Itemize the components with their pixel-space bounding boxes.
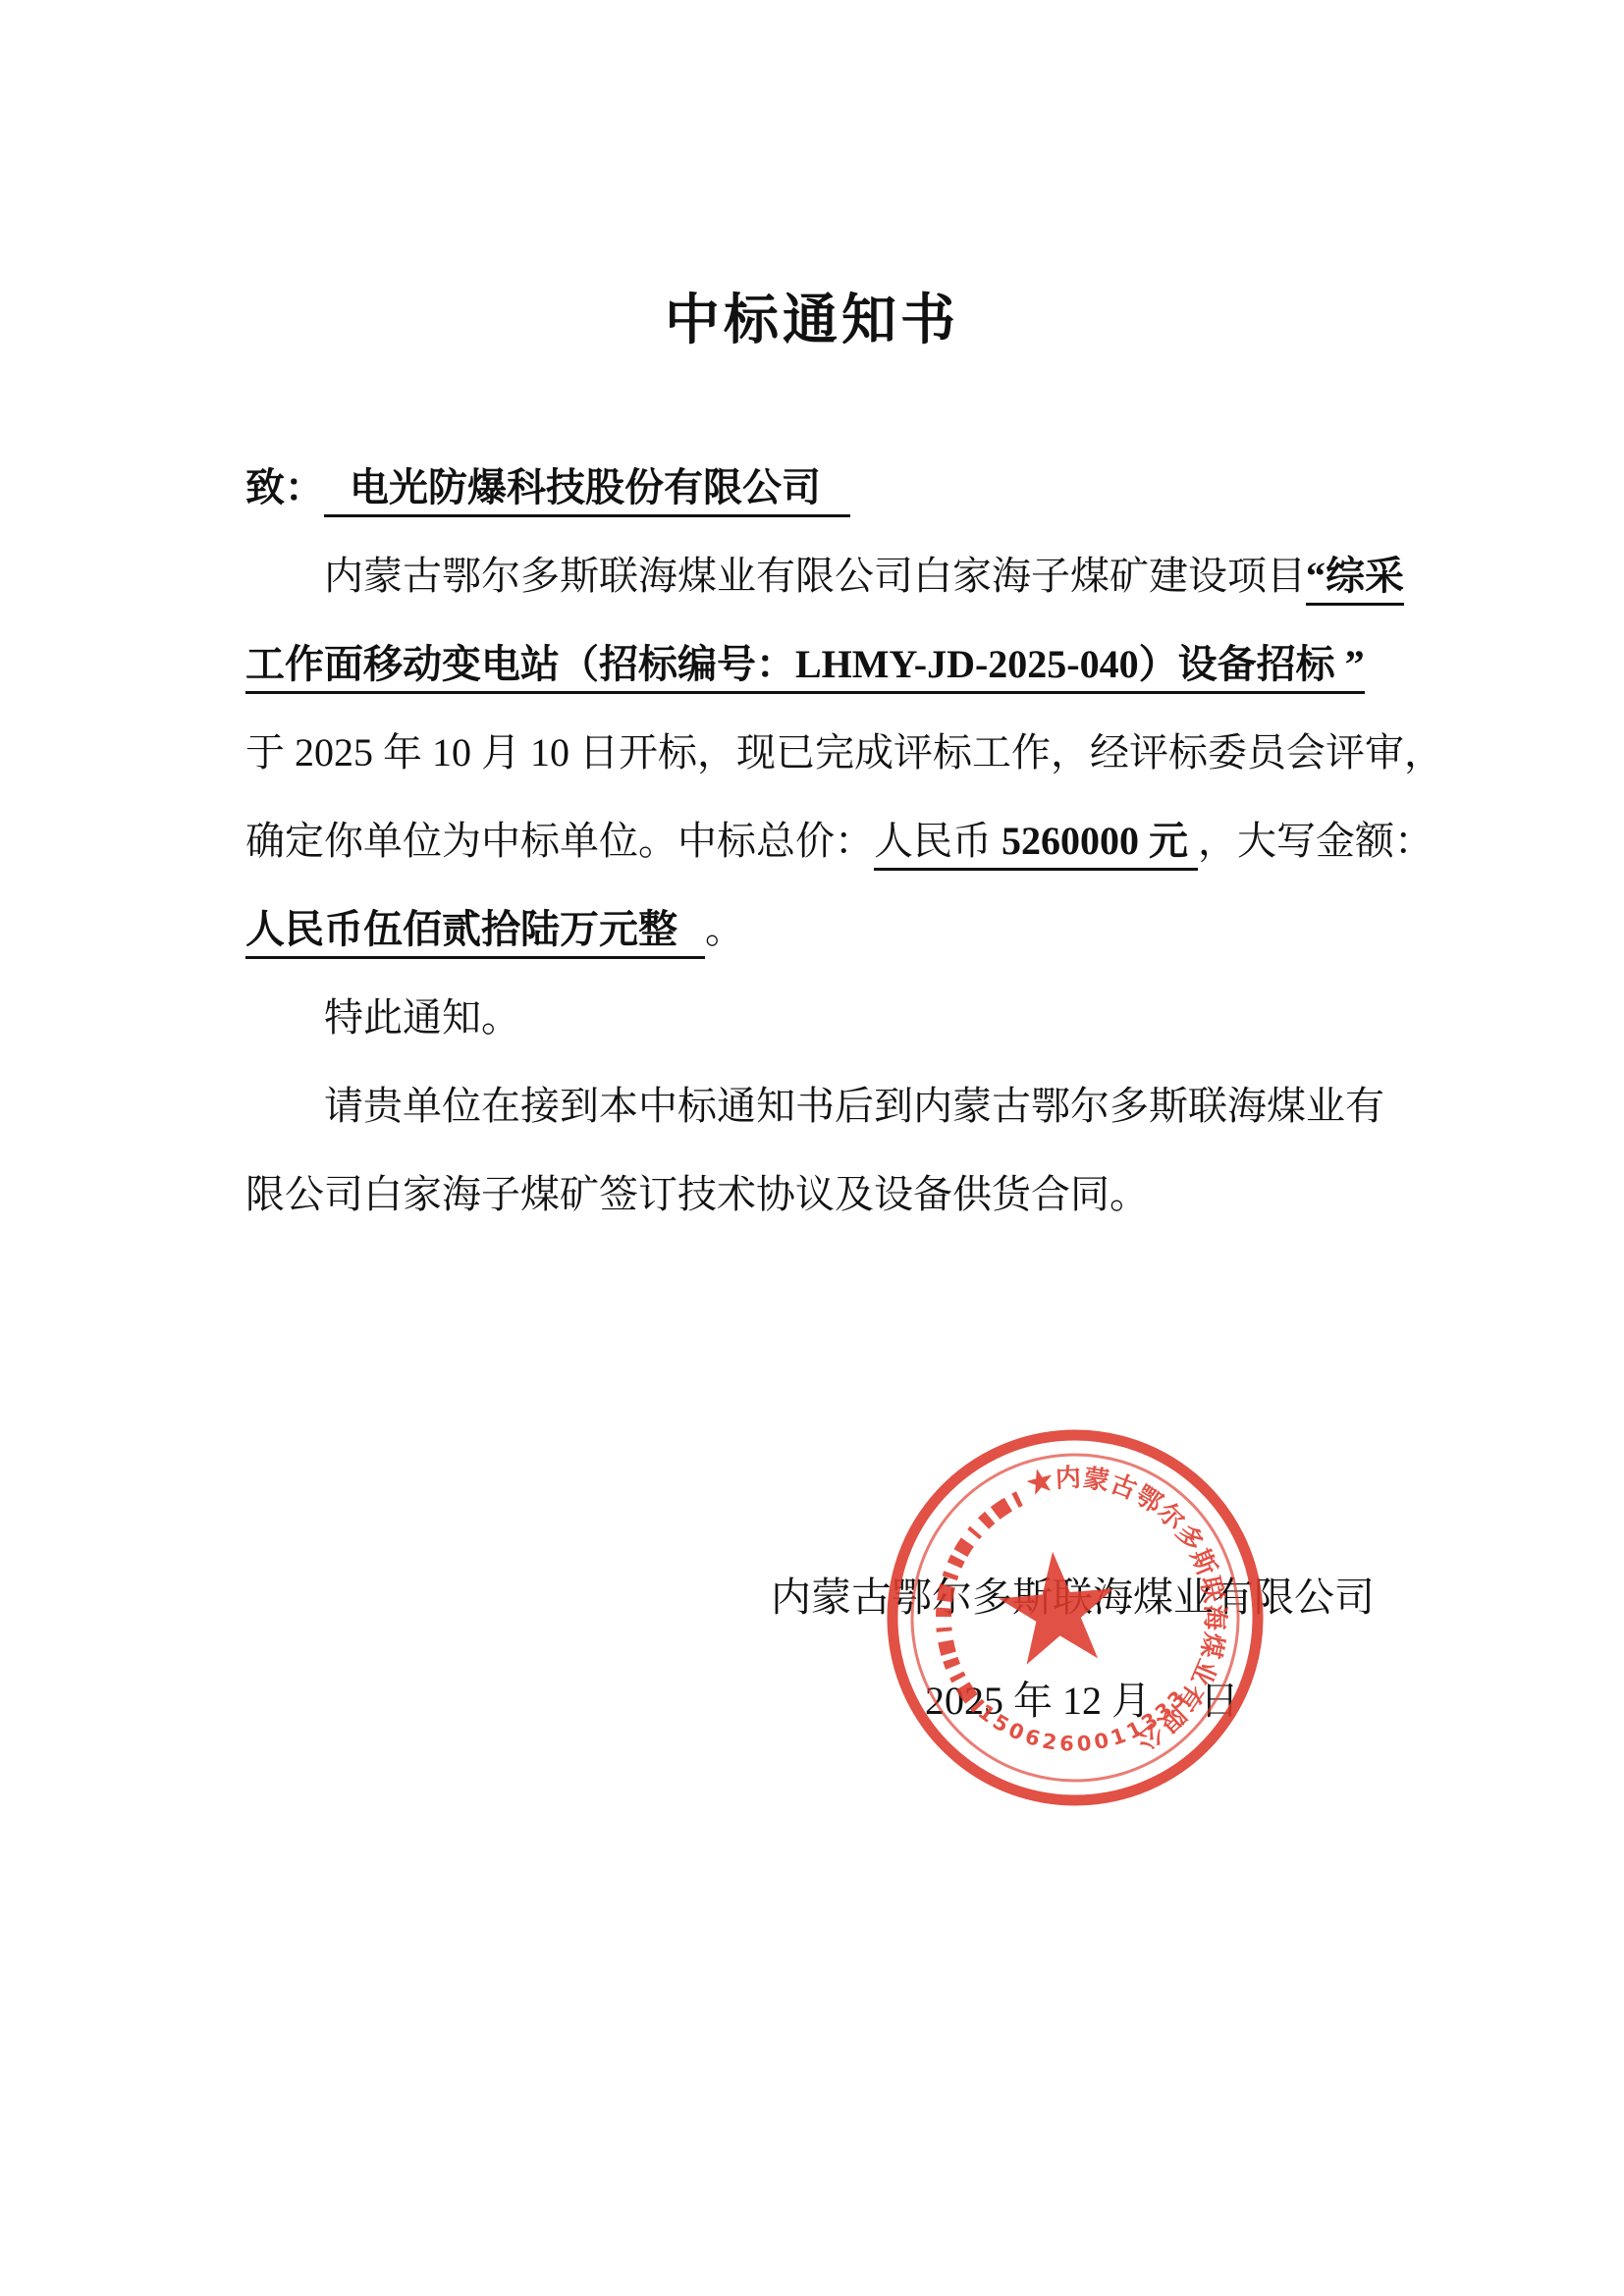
svg-text:1506260011333: 1506260011333 [972, 1682, 1197, 1764]
recipient-company: 电光防爆科技股份有限公司 [324, 465, 850, 517]
paragraph1-line2: 工作面移动变电站（招标编号：LHMY-JD-2025-040）设备招标 ” [245, 620, 1382, 709]
paragraph1-line3: 于 2025 年 10 月 10 日开标，现已完成评标工作，经评标委员会评审， [245, 709, 1382, 797]
paragraph1-line5: 人民币伍佰贰拾陆万元整。 [245, 885, 1382, 974]
bid-amount-value: 5260000 元 [1001, 819, 1188, 863]
paragraph1-line1: 内蒙古鄂尔多斯联海煤业有限公司白家海子煤矿建设项目“综采 [245, 532, 1382, 620]
project-intro-text: 内蒙古鄂尔多斯联海煤业有限公司白家海子煤矿建设项目 [324, 554, 1306, 598]
notice-document-page: 中标通知书 致：电光防爆科技股份有限公司 内蒙古鄂尔多斯联海煤业有限公司白家海子… [0, 0, 1624, 2296]
amount-in-words: 人民币伍佰贰拾陆万元整 [245, 907, 705, 959]
salutation-line: 致：电光防爆科技股份有限公司 [245, 444, 1382, 532]
seal-star-icon [995, 1547, 1119, 1667]
sentence-end: 。 [705, 907, 744, 951]
paragraph3-line1: 请贵单位在接到本中标通知书后到内蒙古鄂尔多斯联海煤业有 [245, 1062, 1382, 1150]
award-text: 确定你单位为中标单位。中标总价： [245, 819, 874, 863]
notice-statement: 特此通知。 [245, 974, 1382, 1062]
salutation-label: 致： [245, 465, 324, 509]
paragraph1-line4: 确定你单位为中标单位。中标总价：人民币 5260000 元 ，大写金额： [245, 797, 1382, 885]
amount-in-words-label: ，大写金额： [1198, 819, 1434, 863]
seal-registration-code: 1506260011333 [972, 1682, 1197, 1764]
notice-statement-text: 特此通知。 [324, 995, 520, 1040]
bid-amount-underlined: 人民币 5260000 元 [874, 819, 1198, 871]
project-name-start: “综采 [1306, 554, 1404, 606]
contract-instruction-text-1: 请贵单位在接到本中标通知书后到内蒙古鄂尔多斯联海煤业有 [324, 1084, 1384, 1128]
bid-amount-currency: 人民币 [874, 819, 1001, 863]
paragraph3-line2: 限公司白家海子煤矿签订技术协议及设备供货合同。 [245, 1150, 1382, 1239]
bid-opening-text: 于 2025 年 10 月 10 日开标，现已完成评标工作，经评标委员会评审， [245, 730, 1443, 774]
project-name-tender-no: 工作面移动变电站（招标编号：LHMY-JD-2025-040）设备招标 ” [245, 642, 1365, 694]
document-body: 致：电光防爆科技股份有限公司 内蒙古鄂尔多斯联海煤业有限公司白家海子煤矿建设项目… [245, 444, 1382, 1239]
document-title: 中标通知书 [0, 277, 1624, 355]
contract-instruction-text-2: 限公司白家海子煤矿签订技术协议及设备供货合同。 [245, 1172, 1149, 1216]
company-seal-stamp: ★内蒙古鄂尔多斯联海煤业有限公司 1506260011333 [862, 1405, 1287, 1830]
